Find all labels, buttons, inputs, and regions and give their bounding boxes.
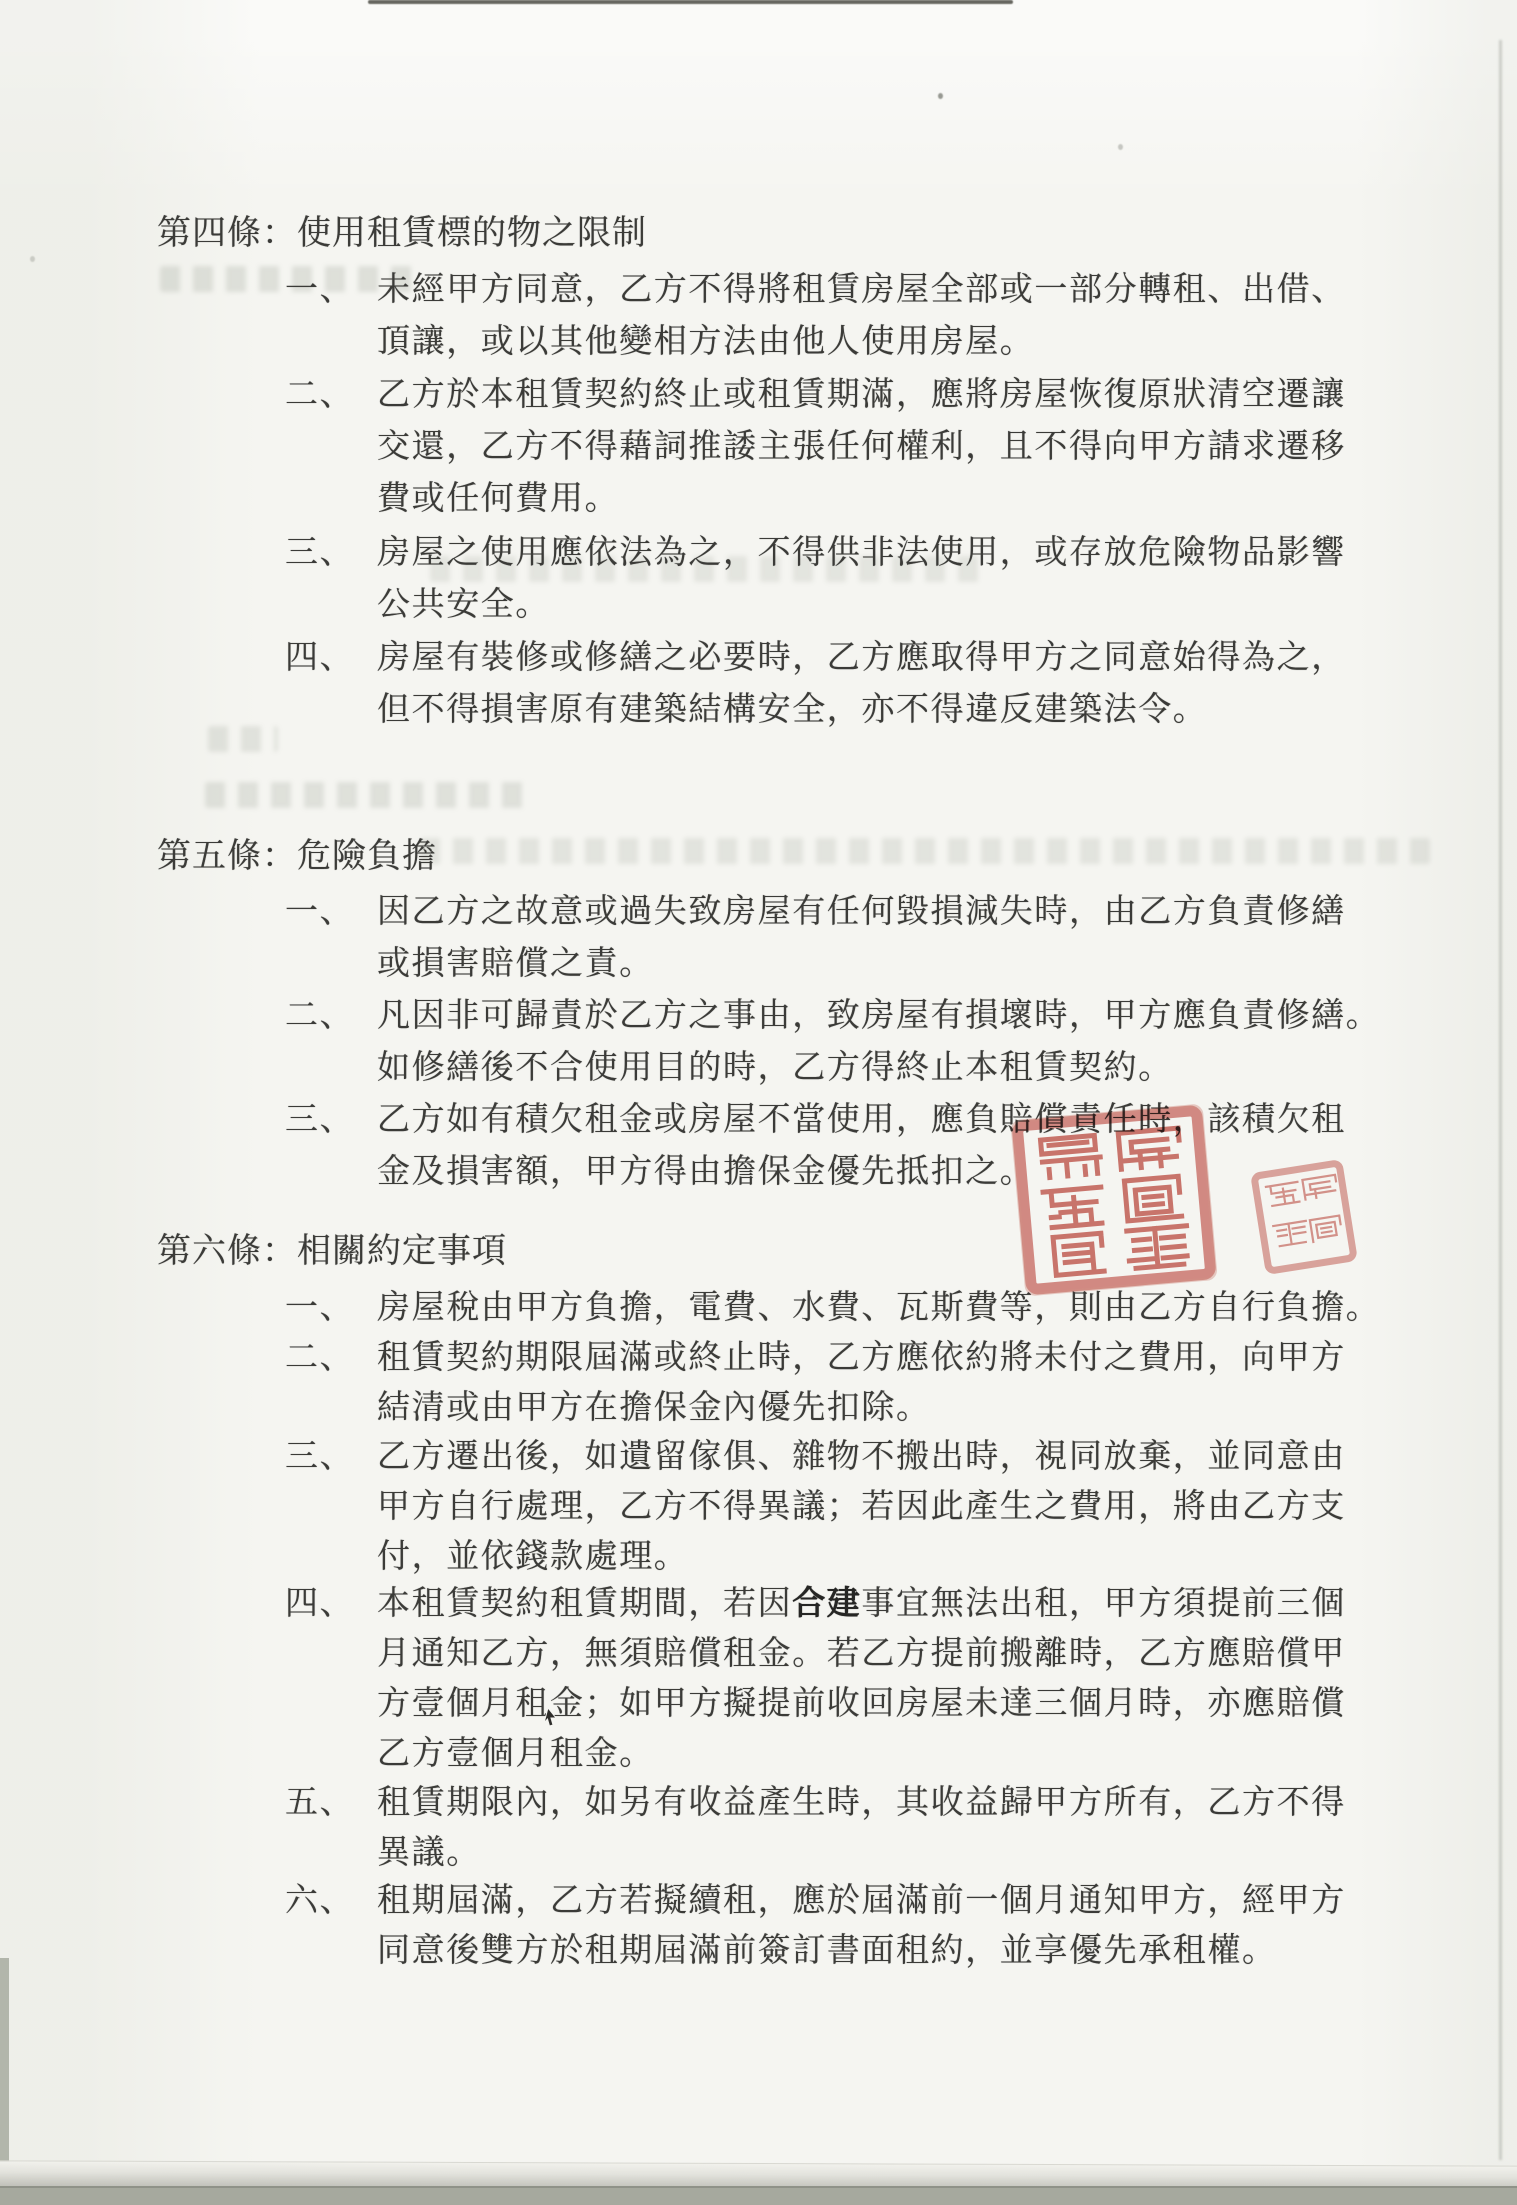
article-heading: 第五條：危險負擔 bbox=[157, 829, 437, 885]
clause-number: 三、 bbox=[285, 527, 377, 631]
clause-item: 四、 本租賃契約租賃期間，若因合建事宜無法出租，甲方須提前三個 月通知乙方，無須… bbox=[285, 1579, 1395, 1779]
clause-item: 一、 因乙方之故意或過失致房屋有任何毀損減失時，由乙方負責修繕 或損害賠償之責。 bbox=[285, 886, 1395, 990]
ghost-bleed-through bbox=[208, 726, 278, 752]
clause-number: 五、 bbox=[285, 1778, 377, 1878]
clause-item: 六、 租期屆滿，乙方若擬續租，應於屆滿前一個月通知甲方，經甲方 同意後雙方於租期… bbox=[285, 1876, 1395, 1976]
clause-item: 二、 租賃契約期限屆滿或終止時，乙方應依約將未付之費用，向甲方 結清或由甲方在擔… bbox=[285, 1333, 1395, 1433]
clause-text-bold: 合建 bbox=[792, 1586, 861, 1622]
clause-text: 未經甲方同意，乙方不得將租賃房屋全部或一部分轉租、出借、 頂讓，或以其他變相方法… bbox=[377, 264, 1395, 368]
clause-text: 房屋有裝修或修繕之必要時，乙方應取得甲方之同意始得為之， 但不得損害原有建築結構… bbox=[377, 632, 1395, 736]
clause-text: 乙方如有積欠租金或房屋不當使用，應負賠償責任時，該積欠租 金及損害額，甲方得由擔… bbox=[377, 1094, 1395, 1198]
clause-item: 五、 租賃期限內，如另有收益產生時，其收益歸甲方所有，乙方不得 異議。 bbox=[285, 1778, 1395, 1878]
table-background-strip bbox=[0, 2186, 1517, 2205]
clause-number: 一、 bbox=[285, 1283, 377, 1333]
clause-item: 三、 房屋之使用應依法為之，不得供非法使用，或存放危險物品影響 公共安全。 bbox=[285, 527, 1395, 631]
clause-text: 本租賃契約租賃期間，若因合建事宜無法出租，甲方須提前三個 月通知乙方，無須賠償租… bbox=[377, 1579, 1395, 1779]
clause-text: 租賃期限內，如另有收益產生時，其收益歸甲方所有，乙方不得 異議。 bbox=[377, 1778, 1395, 1878]
ghost-bleed-through bbox=[420, 838, 1430, 864]
clause-text: 凡因非可歸責於乙方之事由，致房屋有損壞時，甲方應負責修繕。 如修繕後不合使用目的… bbox=[377, 990, 1395, 1094]
company-seal-stamp-large bbox=[1009, 1102, 1220, 1298]
clause-number: 四、 bbox=[285, 632, 377, 736]
article-heading: 第六條：相關約定事項 bbox=[157, 1224, 507, 1280]
clause-number: 三、 bbox=[285, 1432, 377, 1582]
name-seal-stamp-small bbox=[1248, 1157, 1359, 1277]
paper-right-edge bbox=[1499, 40, 1502, 2160]
cursor-artifact-icon bbox=[541, 1706, 561, 1728]
clause-text: 房屋稅由甲方負擔，電費、水費、瓦斯費等，則由乙方自行負擔。 bbox=[377, 1283, 1395, 1333]
clause-item: 二、 乙方於本租賃契約終止或租賃期滿，應將房屋恢復原狀清空遷讓 交還，乙方不得藉… bbox=[285, 369, 1395, 525]
scan-edge-line bbox=[368, 0, 1013, 4]
clause-number: 三、 bbox=[285, 1094, 377, 1198]
clause-number: 二、 bbox=[285, 369, 377, 525]
clause-number: 二、 bbox=[285, 1333, 377, 1433]
clause-item: 四、 房屋有裝修或修繕之必要時，乙方應取得甲方之同意始得為之， 但不得損害原有建… bbox=[285, 632, 1395, 736]
clause-text-pre: 本租賃契約租賃期間，若因 bbox=[377, 1586, 792, 1622]
clause-number: 二、 bbox=[285, 990, 377, 1094]
contract-page: 第四條：使用租賃標的物之限制 一、 未經甲方同意，乙方不得將租賃房屋全部或一部分… bbox=[0, 0, 1517, 2205]
scan-speck bbox=[1118, 144, 1123, 150]
clause-text: 租期屆滿，乙方若擬續租，應於屆滿前一個月通知甲方，經甲方 同意後雙方於租期屆滿前… bbox=[377, 1876, 1395, 1976]
clause-item: 二、 凡因非可歸責於乙方之事由，致房屋有損壞時，甲方應負責修繕。 如修繕後不合使… bbox=[285, 990, 1395, 1094]
article-heading: 第四條：使用租賃標的物之限制 bbox=[157, 206, 647, 262]
clause-text: 房屋之使用應依法為之，不得供非法使用，或存放危險物品影響 公共安全。 bbox=[377, 527, 1395, 631]
clause-number: 一、 bbox=[285, 264, 377, 368]
clause-item: 三、 乙方如有積欠租金或房屋不當使用，應負賠償責任時，該積欠租 金及損害額，甲方… bbox=[285, 1094, 1395, 1198]
scan-speck bbox=[938, 93, 943, 99]
clause-item: 三、 乙方遷出後，如遺留傢俱、雜物不搬出時，視同放棄，並同意由 甲方自行處理，乙… bbox=[285, 1432, 1395, 1582]
scan-speck bbox=[30, 256, 35, 262]
ghost-bleed-through bbox=[205, 782, 535, 808]
clause-number: 一、 bbox=[285, 886, 377, 990]
clause-text: 乙方於本租賃契約終止或租賃期滿，應將房屋恢復原狀清空遷讓 交還，乙方不得藉詞推諉… bbox=[377, 369, 1395, 525]
clause-text: 乙方遷出後，如遺留傢俱、雜物不搬出時，視同放棄，並同意由 甲方自行處理，乙方不得… bbox=[377, 1432, 1395, 1582]
clause-number: 四、 bbox=[285, 1579, 377, 1779]
clause-item: 一、 房屋稅由甲方負擔，電費、水費、瓦斯費等，則由乙方自行負擔。 bbox=[285, 1283, 1395, 1333]
clause-text: 因乙方之故意或過失致房屋有任何毀損減失時，由乙方負責修繕 或損害賠償之責。 bbox=[377, 886, 1395, 990]
clause-text: 租賃契約期限屆滿或終止時，乙方應依約將未付之費用，向甲方 結清或由甲方在擔保金內… bbox=[377, 1333, 1395, 1433]
clause-number: 六、 bbox=[285, 1876, 377, 1976]
clause-item: 一、 未經甲方同意，乙方不得將租賃房屋全部或一部分轉租、出借、 頂讓，或以其他變… bbox=[285, 264, 1395, 368]
